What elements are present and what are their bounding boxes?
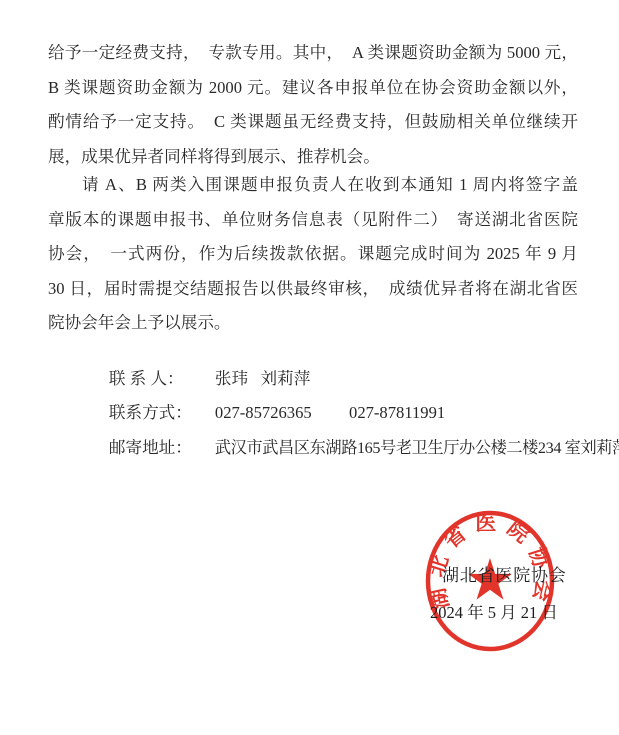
contact-phone-label: 联系方式： (109, 396, 195, 431)
paragraph-submission: 请 A、B 两类入围课题申报负责人在收到本通知 1 周内将签字盖 章版本的课题申… (48, 168, 578, 341)
contact-phone-value: 027-85726365 027-87811991 (215, 403, 445, 422)
signature-organization: 湖北省医院协会 (442, 561, 567, 586)
contact-person-value: 张玮 刘莉萍 (215, 369, 310, 388)
document-line: 请 A、B 两类入围课题申报负责人在收到本通知 1 周内将签字盖 (48, 168, 578, 203)
contact-address-value: 武汉市武昌区东湖路165号老卫生厅办公楼二楼234 室刘莉萍 (215, 439, 619, 457)
document-line: B 类课题资助金额为 2000 元。建议各申报单位在协会资助金额以外， (48, 71, 578, 106)
document-page: 给予一定经费支持， 专款专用。其中， A 类课题资助金额为 5000 元， B … (0, 0, 619, 735)
paragraph-funding: 给予一定经费支持， 专款专用。其中， A 类课题资助金额为 5000 元， B … (48, 36, 578, 174)
contact-address-label: 邮寄地址： (109, 431, 195, 466)
document-line: 酌情给予一定支持。 C 类课题虽无经费支持，但鼓励相关单位继续开 (48, 105, 578, 140)
document-line: 给予一定经费支持， 专款专用。其中， A 类课题资助金额为 5000 元， (48, 36, 578, 71)
contact-person-line: 联 系 人：张玮 刘莉萍 (48, 327, 608, 362)
contact-person-label: 联 系 人： (109, 362, 195, 397)
contact-block: 联 系 人：张玮 刘莉萍 联系方式：027-85726365 027-87811… (48, 327, 608, 431)
signature-date: 2024 年 5 月 21 日 (430, 599, 558, 623)
document-line: 30 日，届时需提交结题报告以供最终审核， 成绩优异者将在湖北省医 (48, 272, 578, 307)
document-line: 章版本的课题申报书、单位财务信息表（见附件二） 寄送湖北省医院 (48, 203, 578, 238)
document-line: 协会， 一式两份，作为后续拨款依据。课题完成时间为 2025 年 9 月 (48, 237, 578, 272)
